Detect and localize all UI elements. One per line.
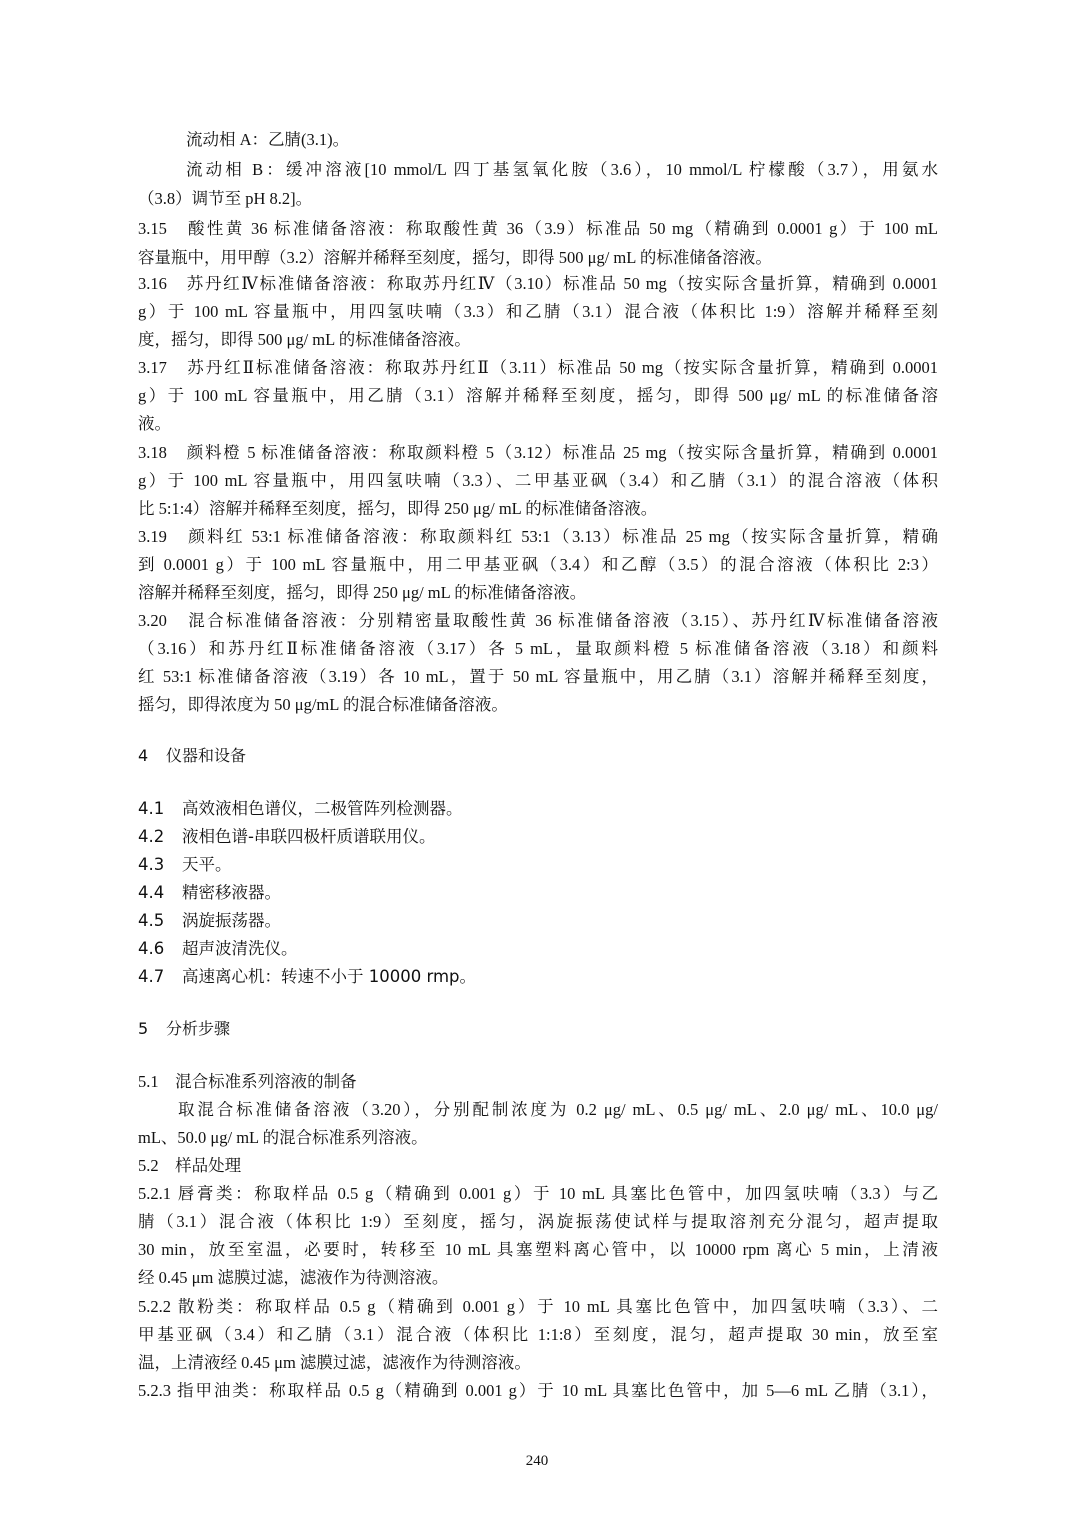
para-3-19-line: 溶解并稀释至刻度，摇匀，即得 250 μg/ mL 的标准储备溶液。: [138, 583, 938, 603]
mobile-phase-b-line1: 流动相 B：缓冲溶液[10 mmol/L 四丁基氢氧化胺（3.6），10 mmo…: [186, 160, 938, 180]
para-3-16-line: 度，摇匀，即得 500 μg/ mL 的标准储备溶液。: [138, 330, 938, 350]
para-3-15-line: 容量瓶中，用甲醇（3.2）溶解并稀释至刻度，摇匀，即得 500 μg/ mL 的…: [138, 248, 938, 268]
list-item: 4.7高速离心机：转速不小于 10000 rmp。: [138, 967, 476, 987]
para-5-2-2-line: 甲基亚砜（3.4）和乙腈（3.1）混合液（体积比 1:1:8）至刻度，混匀，超声…: [138, 1325, 938, 1345]
document-page: 流动相 A：乙腈(3.1)。 流动相 B：缓冲溶液[10 mmol/L 四丁基氢…: [0, 0, 1074, 1520]
section-title: 分析步骤: [166, 1019, 230, 1038]
list-item: 4.6超声波清洗仪。: [138, 939, 298, 959]
item-number: 4.4: [138, 883, 182, 903]
section-title: 仪器和设备: [166, 746, 246, 765]
section-5-heading: 5分析步骤: [138, 1019, 230, 1039]
para-3-20-line: 摇匀，即得浓度为 50 μg/mL 的混合标准储备溶液。: [138, 695, 938, 715]
para-3-19-line: 3.19 颜料红 53:1 标准储备溶液：称取颜料红 53:1（3.13）标准品…: [138, 527, 938, 547]
item-number: 4.6: [138, 939, 182, 959]
mobile-phase-a: 流动相 A：乙腈(3.1)。: [186, 130, 938, 150]
para-3-17-line: 3.17 苏丹红Ⅱ标准储备溶液：称取苏丹红Ⅱ（3.11）标准品 50 mg（按实…: [138, 358, 938, 378]
item-number: 4.2: [138, 827, 182, 847]
para-5-1-line: mL、50.0 μg/ mL 的混合标准系列溶液。: [138, 1128, 938, 1148]
para-3-20-line: （3.16）和苏丹红Ⅱ标准储备溶液（3.17）各 5 mL，量取颜料橙 5 标准…: [138, 639, 938, 659]
subsection-5-1-title: 5.1 混合标准系列溶液的制备: [138, 1072, 938, 1092]
para-5-2-1-line: 5.2.1 唇膏类：称取样品 0.5 g（精确到 0.001 g）于 10 mL…: [138, 1184, 938, 1204]
item-text: 超声波清洗仪。: [182, 939, 298, 958]
list-item: 4.4精密移液器。: [138, 883, 281, 903]
page-number: 240: [0, 1453, 1074, 1470]
section-4-heading: 4仪器和设备: [138, 746, 246, 766]
subsection-5-2-title: 5.2 样品处理: [138, 1156, 938, 1176]
para-5-2-2-line: 5.2.2 散粉类：称取样品 0.5 g（精确到 0.001 g）于 10 mL…: [138, 1297, 938, 1317]
para-3-19-line: 到 0.0001 g）于 100 mL 容量瓶中，用二甲基亚砜（3.4）和乙醇（…: [138, 555, 938, 575]
section-number: 4: [138, 746, 166, 766]
para-3-18-line: 3.18 颜料橙 5 标准储备溶液：称取颜料橙 5（3.12）标准品 25 mg…: [138, 443, 938, 463]
item-number: 4.3: [138, 855, 182, 875]
mobile-phase-b-line2: （3.8）调节至 pH 8.2]。: [138, 189, 938, 209]
para-3-18-line: g）于 100 mL 容量瓶中，用四氢呋喃（3.3）、二甲基亚砜（3.4）和乙腈…: [138, 471, 938, 491]
list-item: 4.1高效液相色谱仪，二极管阵列检测器。: [138, 799, 463, 819]
para-5-2-1-line: 腈（3.1）混合液（体积比 1:9）至刻度，摇匀，涡旋振荡使试样与提取溶剂充分混…: [138, 1212, 938, 1232]
para-3-17-line: 液。: [138, 414, 938, 434]
item-text: 天平。: [182, 855, 232, 874]
item-number: 4.1: [138, 799, 182, 819]
item-number: 4.7: [138, 967, 182, 987]
para-3-18-line: 比 5:1:4）溶解并稀释至刻度，摇匀，即得 250 μg/ mL 的标准储备溶…: [138, 499, 938, 519]
list-item: 4.3天平。: [138, 855, 232, 875]
section-number: 5: [138, 1019, 166, 1039]
para-5-1-line: 取混合标准储备溶液（3.20），分别配制浓度为 0.2 μg/ mL、0.5 μ…: [178, 1100, 938, 1120]
para-3-16-line: g）于 100 mL 容量瓶中，用四氢呋喃（3.3）和乙腈（3.1）混合液（体积…: [138, 302, 938, 322]
item-text: 高速离心机：转速不小于 10000 rmp。: [182, 967, 476, 986]
item-text: 涡旋振荡器。: [182, 911, 281, 930]
item-text: 高效液相色谱仪，二极管阵列检测器。: [182, 799, 463, 818]
para-5-2-2-line: 温，上清液经 0.45 μm 滤膜过滤，滤液作为待测溶液。: [138, 1353, 938, 1373]
list-item: 4.5涡旋振荡器。: [138, 911, 281, 931]
item-text: 液相色谱-串联四极杆质谱联用仪。: [182, 827, 435, 846]
para-3-17-line: g）于 100 mL 容量瓶中，用乙腈（3.1）溶解并稀释至刻度，摇匀，即得 5…: [138, 386, 938, 406]
para-3-20-line: 红 53:1 标准储备溶液（3.19）各 10 mL，置于 50 mL 容量瓶中…: [138, 667, 938, 687]
para-5-2-3-line: 5.2.3 指甲油类：称取样品 0.5 g（精确到 0.001 g）于 10 m…: [138, 1381, 938, 1401]
para-3-15-line: 3.15 酸性黄 36 标准储备溶液：称取酸性黄 36（3.9）标准品 50 m…: [138, 219, 938, 239]
para-3-16-line: 3.16 苏丹红Ⅳ标准储备溶液：称取苏丹红Ⅳ（3.10）标准品 50 mg（按实…: [138, 274, 938, 294]
item-number: 4.5: [138, 911, 182, 931]
item-text: 精密移液器。: [182, 883, 281, 902]
para-5-2-1-line: 30 min，放至室温，必要时，转移至 10 mL 具塞塑料离心管中，以 100…: [138, 1240, 938, 1260]
para-5-2-1-line: 经 0.45 μm 滤膜过滤，滤液作为待测溶液。: [138, 1268, 938, 1288]
para-3-20-line: 3.20 混合标准储备溶液：分别精密量取酸性黄 36 标准储备溶液（3.15）、…: [138, 611, 938, 631]
list-item: 4.2液相色谱-串联四极杆质谱联用仪。: [138, 827, 435, 847]
